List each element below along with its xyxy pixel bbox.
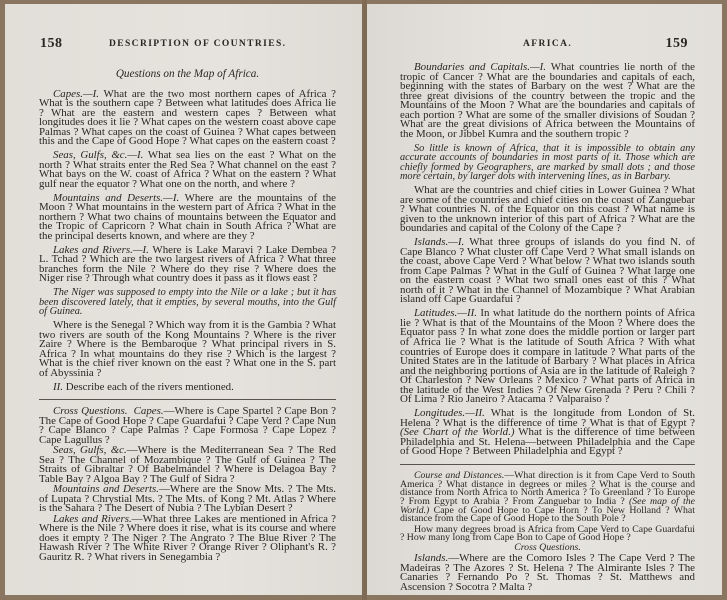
running-title: DESCRIPTION OF COUNTRIES. <box>109 39 286 49</box>
divider <box>400 464 695 465</box>
paragraph-islands: Islands.—I. What three groups of islands… <box>400 238 695 305</box>
right-page: AFRICA. 159 Boundaries and Capitals.—I. … <box>367 4 722 595</box>
paragraph-latitudes: Latitudes.—II. In what latitude do the n… <box>400 309 695 404</box>
section-title: Questions on the Map of Africa. <box>39 70 336 80</box>
paragraph-text: Cape of Good Hope to Cape Horn ? To New … <box>400 505 695 525</box>
left-page-body: Questions on the Map of Africa. Capes.—I… <box>39 70 336 563</box>
course-distances-block: Course and Distances.—What direction is … <box>400 472 695 553</box>
right-page-body: Boundaries and Capitals.—I. What countri… <box>400 63 695 597</box>
paragraph-capes: Capes.—I. What are the two most northern… <box>39 90 336 147</box>
paragraph-boundaries: Boundaries and Capitals.—I. What countri… <box>400 63 695 139</box>
paragraph-describe: II. Describe each of the rivers mentione… <box>39 383 336 393</box>
paragraph-text: What are the two most northern capes of … <box>39 88 336 148</box>
boundaries-note: So little is known of Africa, that it is… <box>400 144 695 182</box>
paragraph-dimensions: How many degrees broad is Africa from Ca… <box>400 526 695 543</box>
paragraph-text: Describe each of the rivers mentioned. <box>63 381 234 393</box>
paragraph-lower-guinea: What are the countries and chief cities … <box>400 186 695 234</box>
paragraph-seas: Seas, Gulfs, &c.—I. What sea lies on the… <box>39 151 336 189</box>
running-title: AFRICA. <box>523 39 572 49</box>
paragraph-text: In what latitude do the northern points … <box>400 307 695 405</box>
cross-questions-lakes: Lakes and Rivers.—What three Lakes are m… <box>39 515 336 563</box>
niger-note: The Niger was supposed to empty into the… <box>39 288 336 317</box>
running-head: 158 DESCRIPTION OF COUNTRIES. <box>5 38 362 54</box>
divider <box>39 399 336 400</box>
page-number: 159 <box>666 36 689 52</box>
cross-questions-islands: Islands.—Where are the Comoro Isles ? Th… <box>400 554 695 592</box>
left-page: 158 DESCRIPTION OF COUNTRIES. Questions … <box>5 4 362 595</box>
paragraph-course-distances: Course and Distances.—What direction is … <box>400 472 695 524</box>
cross-questions-mountains: Mountains and Deserts.—Where are the Sno… <box>39 485 336 514</box>
cross-questions-seas: Seas, Gulfs, &c.—Where is the Mediterran… <box>39 446 336 484</box>
paragraph-label: II. <box>53 381 63 393</box>
paragraph-longitudes: Longitudes.—II. What is the longitude fr… <box>400 409 695 457</box>
paragraph-text: What countries lie north of the tropic o… <box>400 61 695 140</box>
page-number: 158 <box>40 36 63 52</box>
paragraph-lakes: Lakes and Rivers.—I. Where is Lake Marav… <box>39 246 336 284</box>
paragraph-rivers: Where is the Senegal ? Which way from it… <box>39 321 336 378</box>
cross-questions-capes: Cross Questions. Capes.—Where is Cape Sp… <box>39 407 336 445</box>
running-head: AFRICA. 159 <box>367 38 722 54</box>
paragraph-mountains: Mountains and Deserts.—I. Where are the … <box>39 194 336 242</box>
paragraph-text: What three groups of islands do you find… <box>400 236 695 305</box>
